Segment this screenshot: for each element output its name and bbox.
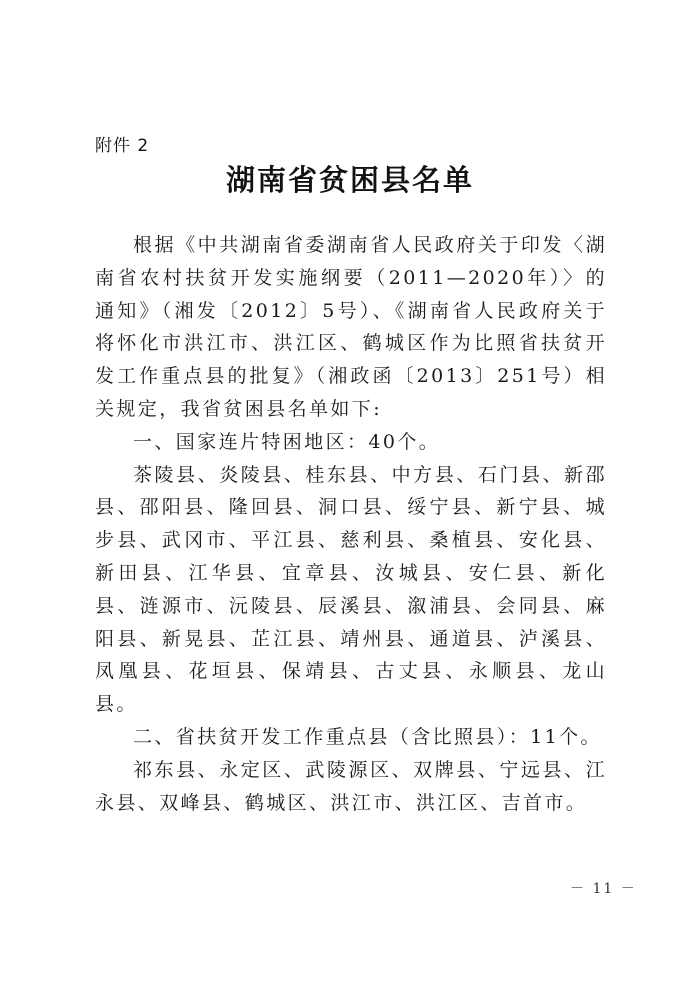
- county-list-national: 茶陵县、炎陵县、桂东县、中方县、石门县、新邵县、邵阳县、隆回县、洞口县、绥宁县、…: [95, 459, 607, 721]
- page-title: 湖南省贫困县名单: [0, 158, 700, 199]
- page-number: － 11 －: [570, 878, 637, 898]
- attachment-label: 附件 2: [95, 131, 149, 156]
- document-body: 根据《中共湖南省委湖南省人民政府关于印发〈湖南省农村扶贫开发实施纲要（2011—…: [95, 229, 607, 819]
- intro-paragraph: 根据《中共湖南省委湖南省人民政府关于印发〈湖南省农村扶贫开发实施纲要（2011—…: [95, 229, 607, 426]
- county-list-provincial: 祁东县、永定区、武陵源区、双牌县、宁远县、江永县、双峰县、鹤城区、洪江市、洪江区…: [95, 754, 607, 820]
- section-heading-provincial: 二、省扶贫开发工作重点县（含比照县）：11个。: [95, 721, 607, 754]
- section-heading-national: 一、国家连片特困地区：40个。: [95, 426, 607, 459]
